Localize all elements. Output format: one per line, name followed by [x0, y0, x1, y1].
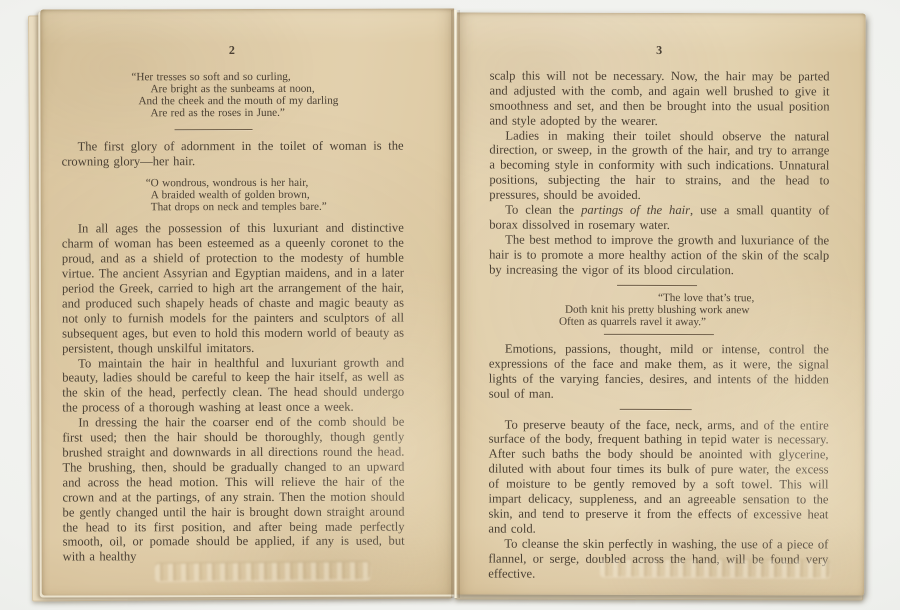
page-number-right: 3	[490, 43, 830, 59]
paragraph-clean-partings: To clean the partings of the hair, use a…	[489, 203, 829, 234]
verse-line: Doth knit his pretty blushing work anew	[565, 303, 829, 316]
verse-line: Are bright as the sunbeams at noon,	[150, 83, 403, 96]
verse-line: “Her tresses so soft and so curling,	[131, 70, 403, 83]
verse-line: And the cheek and the mouth of my darlin…	[138, 95, 403, 108]
verse-quote-love: “The love that’s true, Doth knit his pre…	[565, 291, 829, 328]
paragraph-scalp-continuation: scalp this will not be necessary. Now, t…	[489, 68, 829, 129]
verse-quote-wondrous: “O wondrous, wondrous is her hair, A bra…	[146, 177, 404, 214]
verse-line: Are red as the roses in June.”	[150, 107, 403, 120]
verse-quote-tresses: “Her tresses so soft and so curling, Are…	[131, 70, 403, 119]
paragraph-text: To clean the	[505, 203, 581, 217]
book-page-left: 2 “Her tresses so soft and so curling, A…	[40, 8, 456, 595]
paragraph-first-glory: The first glory of adornment in the toil…	[62, 139, 404, 170]
embossed-stamp	[155, 562, 370, 581]
italic-phrase: partings of the hair	[581, 203, 690, 217]
book-spine-fold	[451, 10, 460, 598]
paragraph-maintain-hair: To maintain the hair in healthful and lu…	[62, 355, 404, 416]
verse-line: A braided wealth of golden brown,	[151, 189, 404, 202]
book-page-right: 3 scalp this will not be necessary. Now,…	[455, 12, 866, 595]
paragraph-ladies-toilet: Ladies in making their toilet should obs…	[489, 128, 829, 203]
section-divider	[175, 129, 253, 130]
paragraph-emotions: Emotions, passions, thought, mild or int…	[489, 341, 829, 402]
paragraph-best-method: The best method to improve the growth an…	[489, 232, 829, 278]
verse-line: That drops on neck and temples bare.”	[151, 201, 404, 214]
section-divider	[604, 334, 714, 335]
verse-line: “O wondrous, wondrous is her hair,	[146, 177, 404, 190]
paragraph-in-all-ages: In all ages the possession of this luxur…	[62, 221, 404, 356]
section-divider	[620, 408, 692, 409]
paragraph-preserve-beauty: To preserve beauty of the face, neck, ar…	[488, 417, 828, 537]
page-number-left: 2	[61, 43, 403, 59]
verse-line: Often as quarrels ravel it away.”	[559, 316, 829, 329]
section-divider	[617, 284, 697, 285]
paragraph-dressing-hair: In dressing the hair the coarser end of …	[62, 415, 404, 565]
embossed-stamp	[600, 559, 830, 577]
verse-line: “The love that’s true,	[658, 292, 829, 305]
